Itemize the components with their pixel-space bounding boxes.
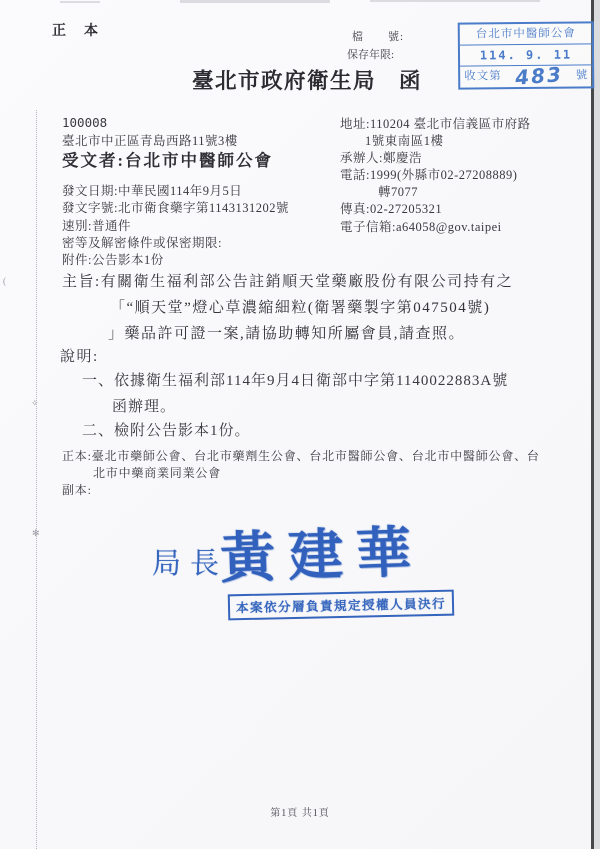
fax-number: 傳真:02-27205321 <box>340 199 442 217</box>
subject-line-3: 」藥品許可證一案,請協助轉知所屬會員,請查照。 <box>108 322 465 343</box>
original-copy-label: 正 本 <box>52 20 100 40</box>
director-title: 局長 <box>152 541 228 582</box>
page-edge <box>594 0 600 849</box>
stamp-date: 114. 9. 11 <box>460 43 592 65</box>
subject-line-1: 主旨:有關衛生福利部公告註銷順天堂藥廠股份有限公司持有之 <box>62 270 513 291</box>
stamp-receipt-number: 收文第 483 號 <box>460 64 592 87</box>
document-page: ( ✧ ✻ 正 本 檔 號: 保存年限: 台北市中醫師公會 114. 9. 11… <box>0 0 600 849</box>
subject-line-2: 「“順天堂”燈心草濃縮細粒(衛署藥製字第047504號) <box>110 296 490 317</box>
contact-person: 承辦人:鄭慶浩 <box>340 148 422 166</box>
security-classification: 密等及解密條件或保密期限: <box>62 233 222 251</box>
page-number: 第1頁 共1頁 <box>270 804 330 819</box>
scan-smudge <box>180 0 330 3</box>
page-edge-shadow <box>591 0 594 849</box>
scan-speck: ✧ <box>31 398 39 409</box>
description-heading: 說明: <box>60 345 99 366</box>
file-number-label: 檔 號: <box>352 28 404 44</box>
stamp-number-value: 483 <box>514 65 563 87</box>
fold-line <box>36 110 37 849</box>
recipient-code: 100008 <box>62 115 107 130</box>
delivery-speed: 速別:普通件 <box>62 216 131 234</box>
distribution-copy-label: 副本: <box>62 481 92 498</box>
distribution-main-line2: 北市中藥商業同業公會 <box>93 464 221 481</box>
phone-line2: 轉7077 <box>378 182 418 200</box>
issue-number: 發文字號:北市衛食藥字第1143131202號 <box>62 198 289 216</box>
email-address: 電子信箱:a64058@gov.taipei <box>340 217 502 235</box>
issue-date: 發文日期:中華民國114年9月5日 <box>62 181 242 199</box>
phone-line1: 電話:1999(外縣市02-27208889) <box>340 165 517 183</box>
attachment-note: 附件:公告影本1份 <box>62 250 164 268</box>
description-item1-line2: 函辦理。 <box>112 395 176 416</box>
retention-period-label: 保存年限: <box>347 46 394 62</box>
scan-smudge <box>370 0 540 2</box>
recipient-name: 受文者:台北市中醫師公會 <box>62 147 273 171</box>
received-stamp: 台北市中醫師公會 114. 9. 11 收文第 483 號 <box>458 21 595 89</box>
scan-speck: ( <box>3 276 6 286</box>
scan-smudge <box>60 1 100 3</box>
description-item1-line1: 一、依據衛生福利部114年9月4日衛部中字第1140022883A號 <box>82 369 508 390</box>
delegation-authority-stamp: 本案依分層負責規定授權人員決行 <box>228 590 455 621</box>
stamp-org: 台北市中醫師公會 <box>460 23 592 44</box>
agency-address-line1: 地址:110204 臺北市信義區市府路 <box>340 114 531 132</box>
scan-speck: ✻ <box>32 528 40 539</box>
agency-address-line2: 1號東南區1樓 <box>365 131 444 149</box>
stamp-number-prefix: 收文第 <box>464 68 502 84</box>
stamp-number-suffix: 號 <box>576 67 589 83</box>
document-title: 臺北市政府衛生局 函 <box>192 64 422 95</box>
distribution-main-line1: 正本:臺北市藥師公會、台北市藥劑生公會、台北市醫師公會、台北市中醫師公會、台 <box>62 447 540 464</box>
description-item2: 二、檢附公告影本1份。 <box>82 419 251 440</box>
director-signature: 黃建華 <box>219 507 426 593</box>
